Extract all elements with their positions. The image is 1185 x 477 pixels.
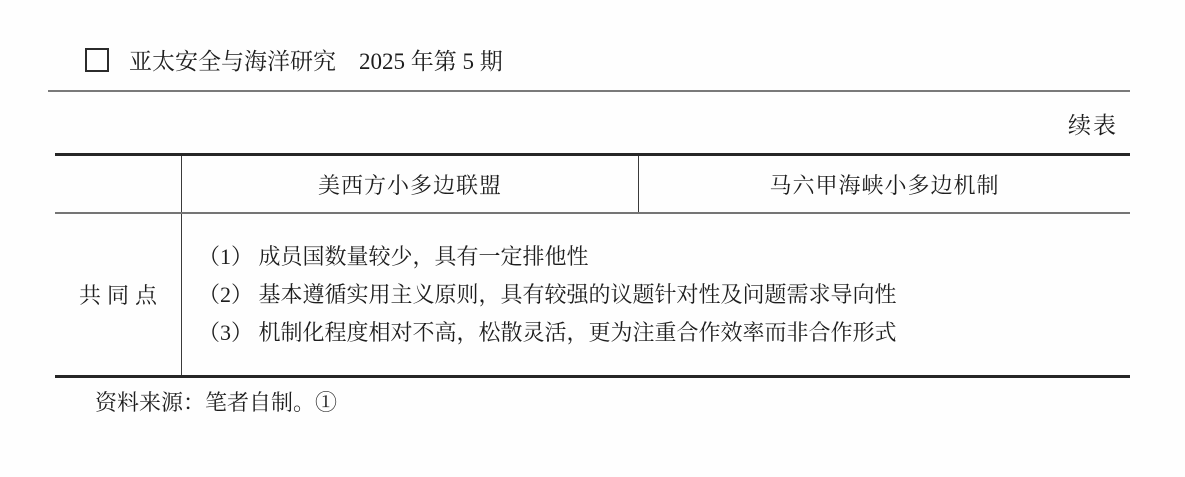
column-header-malacca-mechanism: 马六甲海峡小多边机制 [639,156,1130,212]
corner-cell [55,156,182,212]
header-rule [48,90,1130,92]
row-label-common-points: 共同点 [55,214,182,375]
source-note: 资料来源：笔者自制。① [95,386,337,417]
square-bullet-icon [85,48,109,72]
comparison-table: 美西方小多边联盟 马六甲海峡小多边机制 共同点 （1） 成员国数量较少，具有一定… [55,153,1130,378]
journal-page: 亚太安全与海洋研究 2025 年第 5 期 续表 美西方小多边联盟 马六甲海峡小… [0,0,1185,477]
table-body-row: 共同点 （1） 成员国数量较少，具有一定排他性 （2） 基本遵循实用主义原则，具… [55,214,1130,375]
common-point-item-3: （3） 机制化程度相对不高，松散灵活，更为注重合作效率而非合作形式 [198,314,1130,352]
common-point-item-1: （1） 成员国数量较少，具有一定排他性 [198,238,1130,276]
journal-running-header: 亚太安全与海洋研究 2025 年第 5 期 [85,43,503,76]
table-header-row: 美西方小多边联盟 马六甲海峡小多边机制 [55,156,1130,214]
column-header-us-west-alliance: 美西方小多边联盟 [182,156,639,212]
common-point-item-2: （2） 基本遵循实用主义原则，具有较强的议题针对性及问题需求导向性 [198,276,1130,314]
table-continued-label: 续表 [55,107,1118,140]
journal-title: 亚太安全与海洋研究 2025 年第 5 期 [129,43,503,76]
common-points-cell: （1） 成员国数量较少，具有一定排他性 （2） 基本遵循实用主义原则，具有较强的… [182,214,1130,375]
